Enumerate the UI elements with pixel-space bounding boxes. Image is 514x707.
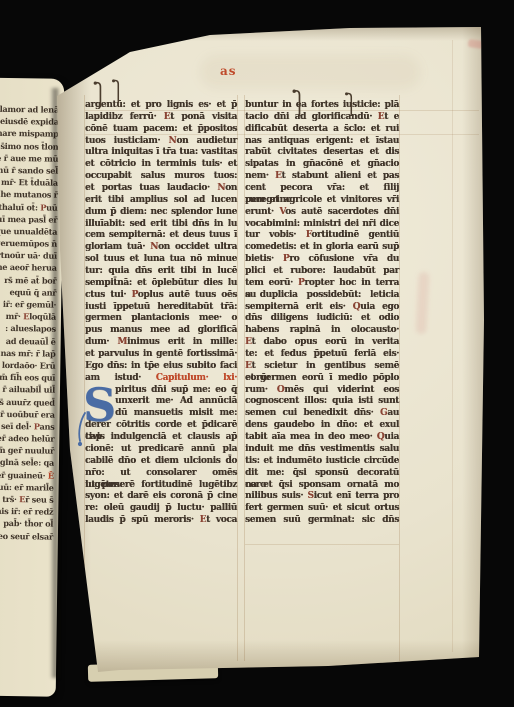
- ascender-flourish-icon: [110, 78, 123, 107]
- text-line: uū: er̄ maril̄e: [0, 480, 54, 493]
- text-line: cōnē tuam pacem: et p̄positos: [85, 124, 237, 136]
- text-segment: iusti īppetuū hereditabūt tr̄ā:: [85, 302, 237, 312]
- initial-flourish-icon: [74, 412, 88, 452]
- text-segment: his ir̄: er̄ redz̄: [0, 506, 53, 517]
- text-line: sempiternā erit eis· Quia ego: [245, 302, 399, 314]
- text-line: m̄ ger̄ nuulur̄: [0, 444, 54, 457]
- text-line: lordaōo· Erū: [0, 358, 55, 371]
- text-segment: tivis indulgenciā et clausis ap̄: [85, 432, 237, 442]
- text-segment: uī mea pasl̄ er̄: [0, 214, 57, 225]
- text-line: fert germen suū· et sicut ortus: [245, 503, 399, 515]
- text-segment: m̄ fīh̄ eos quī: [0, 372, 55, 383]
- text-line: ad deuaūl̄ ē: [0, 334, 56, 347]
- text-segment: os autē sacerdotes dn̄i: [285, 207, 399, 217]
- text-line: dum p̄ diem: nec splendor lune: [85, 207, 237, 219]
- text-segment: cōnē tuam pacem: et p̄positos: [85, 124, 237, 134]
- text-line: rum· Omēs qui viderint eos: [245, 385, 399, 397]
- text-line: sipatas in gn̄acōnē et gn̄acio: [245, 159, 399, 171]
- text-segment: t voca: [206, 515, 237, 525]
- text-segment: on occidet ultra: [158, 242, 237, 252]
- text-line: trs̄· Er̄ seu s̄: [0, 492, 54, 505]
- text-segment: mēs qui viderint eos: [284, 385, 399, 395]
- text-line: dens gaudebo in dn̄o: et exul: [245, 420, 399, 432]
- text-segment: sol tuus et luna tua nō minue: [85, 254, 237, 264]
- text-segment: icut enī terra pro: [314, 491, 399, 501]
- text-segment: uī seī del̄·: [0, 421, 34, 432]
- text-line: cognoscent illos: quia isti sunt: [245, 396, 399, 408]
- text-segment: M: [117, 337, 127, 347]
- text-line: thaluī ot̄: Puū: [0, 200, 58, 213]
- text-line: r̄ ailuabil̄ uil̄: [0, 383, 55, 396]
- ruling-line-vertical: [237, 95, 238, 661]
- text-segment: erunt·: [245, 207, 279, 217]
- text-segment: t stabunt alieni et pas: [282, 171, 399, 181]
- text-segment: ro cōfusione vr̄a du: [289, 254, 399, 264]
- text-segment: cem sempiternā: et deus tuus ī: [85, 230, 237, 240]
- right-edge-shading: [462, 27, 484, 667]
- text-segment: rabūt civitates desertas et dis: [245, 147, 399, 157]
- text-line: dum· Minimus erit in mille:: [85, 337, 237, 349]
- text-segment: rum·: [245, 385, 277, 395]
- text-line: germen plantacionis mee· o: [85, 313, 237, 325]
- bottom-edge-shading: [80, 640, 484, 672]
- text-segment: sipatas in gn̄acōnē et gn̄acio: [245, 159, 399, 169]
- text-segment: uia ego: [360, 302, 399, 312]
- text-line: na et q̄si sponsam ornatā mo: [245, 480, 399, 492]
- text-segment: et parvulus in gentē fortissimā·: [85, 349, 237, 359]
- text-segment: au: [387, 408, 399, 418]
- text-segment: dificabūt deserta a s̄clo: et rui: [245, 124, 399, 134]
- text-segment: occupabit salus muros tuos:: [85, 171, 237, 181]
- ruling-line-horizontal: [245, 544, 399, 545]
- text-line: erunt· Vos autē sacerdotes dn̄i: [245, 207, 399, 219]
- text-segment: dum p̄ diem: nec splendor lune: [85, 207, 237, 217]
- text-line: pus manus mee ad glorificā: [85, 325, 237, 337]
- text-line: cionē: ut predicarē annū pla: [85, 444, 237, 456]
- text-segment: oplus autē tuus oēs: [138, 290, 237, 300]
- text-segment: gloriam tuā·: [85, 242, 150, 252]
- text-line: comedetis: et in gloria earū sup̄: [245, 242, 399, 254]
- text-line: tis: et indumēto iusticie circūde: [245, 456, 399, 468]
- text-segment: fert germen suū· et sicut ortus: [245, 503, 399, 513]
- text-segment: dn̄s diligens iudiciū: et odio: [245, 313, 399, 323]
- text-segment: tur vobis·: [245, 230, 306, 240]
- text-line: illuīabit: sed erit tibi dn̄s in lu: [85, 219, 237, 231]
- text-segment: os̄ auur̄z qued̄: [0, 396, 55, 407]
- text-line: et portas tuas laudacio· Non: [85, 183, 237, 195]
- text-line: nas mr̄: r̄ lap̄: [0, 346, 56, 359]
- ascender-flourish-icon: [92, 80, 105, 111]
- text-segment: te: et fedus p̄petuū feriā eis·: [245, 349, 399, 359]
- text-line: Et dabo opus eorū in verita: [245, 337, 399, 349]
- ascender-flourish-icon: [291, 88, 304, 120]
- text-line: et parvulus in gentē fortissimā·: [85, 349, 237, 361]
- text-segment: habens rapinā in olocausto·: [245, 325, 399, 335]
- text-line: rtnoūr uā· duī: [0, 249, 57, 262]
- text-segment: rtnoūr uā· duī: [0, 250, 57, 261]
- text-segment: : alueslapos: [5, 323, 56, 334]
- text-segment: Ego dn̄s: in tp̄e eius subito faci: [85, 361, 237, 371]
- text-segment: t e: [384, 112, 399, 122]
- text-line: a duplicia possidebūt: leticia: [245, 290, 399, 302]
- text-line: cent pecora vr̄a: et filij peregrino: [245, 183, 399, 195]
- text-segment: ir̄: er̄ gemūl·: [3, 299, 56, 310]
- text-line: erit tibi amplius sol ad lucen: [85, 195, 237, 207]
- text-line: semen suū germinat: sic dn̄s: [245, 515, 399, 527]
- text-segment: r̄ ailuabil̄ uil̄: [2, 384, 55, 395]
- text-line: nas antiquas erigent: et īstau: [245, 136, 399, 148]
- text-segment: eo seur̄ elsar̄: [0, 530, 53, 541]
- text-segment: tem eorū·: [245, 278, 298, 288]
- text-segment: geruemūpos n̄: [0, 238, 57, 249]
- text-line: eo seur̄ elsar̄: [0, 529, 53, 542]
- ruling-line-vertical: [452, 40, 453, 652]
- text-line: m̄ fīh̄ eos quī: [0, 371, 55, 384]
- text-segment: N: [150, 242, 158, 252]
- text-line: gloriam tuā· Non occidet ultra: [85, 242, 237, 254]
- text-segment: a duplicia possidebūt: leticia: [245, 290, 399, 300]
- text-segment: semen suū germinat: sic dn̄s: [245, 515, 399, 525]
- text-segment: ctus tui·: [85, 290, 132, 300]
- text-column-right: buntur in ea fortes iusticie: plātacio d…: [245, 100, 399, 527]
- text-line: r̄ uoūbur̄ era: [0, 407, 55, 420]
- text-segment: et cōtricio in terminis tuis· et: [85, 159, 237, 169]
- text-segment: on audietur: [176, 136, 237, 146]
- text-segment: tabit aīa mea in deo meo·: [245, 432, 377, 442]
- text-line: vocabimini: ministri dei nr̄i dice: [245, 219, 399, 231]
- corner-red-smudge: [468, 39, 485, 49]
- text-segment: dū mansuetis misit me:: [115, 408, 237, 418]
- text-segment: ultra iniquitas ī tr̄a tua: vastitas: [85, 147, 237, 157]
- text-line: Et scietur in gentibus semē eorū:: [245, 361, 399, 373]
- text-line: rabūt civitates desertas et dis: [245, 147, 399, 159]
- text-segment: syon: et darē eis coronā p̄ cine: [85, 491, 237, 501]
- running-head: as: [220, 64, 237, 78]
- text-segment: lapidibz ferrū·: [85, 112, 164, 122]
- text-segment: nas mr̄: r̄ lap̄: [0, 348, 55, 359]
- text-line: dit me: q̄si sponsū decoratū coro: [245, 468, 399, 480]
- text-line: mr̄· Eloqūlā: [0, 310, 56, 323]
- text-segment: induit me dn̄s vestimentis salu: [245, 444, 399, 454]
- text-line: tacio dn̄i ad glorificandū· Et e: [245, 112, 399, 124]
- text-line: plici et rubore: laudabūt par: [245, 266, 399, 278]
- text-segment: erit tibi amplius sol ad lucen: [85, 195, 237, 205]
- text-segment: que unualdēta: [0, 226, 57, 237]
- text-segment: na et q̄si sponsam ornatā mo: [245, 480, 399, 490]
- text-line: his ir̄: er̄ redz̄: [0, 505, 53, 518]
- text-line: tur vobis· Fortitudinē gentiū: [245, 230, 399, 242]
- text-segment: rs̄ mē at̄ bor̄: [4, 275, 56, 286]
- text-segment: nglnā sel̄e: qa: [0, 457, 54, 468]
- text-segment: semen cui benedixit dn̄s·: [245, 408, 380, 418]
- text-line: tivis indulgenciā et clausis ap̄: [85, 432, 237, 444]
- text-line: induit me dn̄s vestimentis salu: [245, 444, 399, 456]
- text-segment: tur: quia dn̄s erit tibi in lucē: [85, 266, 237, 276]
- text-line: cem sempiternā: et deus tuus ī: [85, 230, 237, 242]
- text-segment: m̄ ger̄ nuulur̄: [0, 445, 54, 456]
- text-line: nglnā sel̄e: qa: [0, 456, 54, 469]
- text-line: et germen eorū ī medio pōplo: [245, 373, 399, 385]
- text-line: bietis· Pro cōfusione vr̄a du: [245, 254, 399, 266]
- text-line: occupabit salus muros tuos:: [85, 171, 237, 183]
- text-segment: N: [217, 183, 225, 193]
- text-line: ir̄: er̄ gemūl·: [0, 297, 56, 310]
- text-line: pab̄· th̄or ol̄: [0, 517, 53, 530]
- text-line: et cōtricio in terminis tuis· et: [85, 159, 237, 171]
- text-segment: t ponā visita: [170, 112, 237, 122]
- text-segment: dum·: [85, 337, 117, 347]
- text-segment: inimus erit in mille:: [127, 337, 237, 347]
- text-segment: tuos iusticiam·: [85, 136, 168, 146]
- text-segment: mr̄·: [6, 311, 24, 321]
- text-line: Ego dn̄s: in tp̄e eius subito faci: [85, 361, 237, 373]
- text-line: uī mea pasl̄ er̄: [0, 212, 57, 225]
- text-line: tem eorū· Propter hoc in terra su: [245, 278, 399, 290]
- text-line: laudis p̄ spū meroris· Et voca: [85, 515, 237, 527]
- text-line: argentū: et pro lignis es· et p̄: [85, 100, 237, 112]
- text-segment: comedetis: et in gloria earū sup̄: [245, 242, 399, 252]
- text-line: rum et agricole et vinitores vr̄i: [245, 195, 399, 207]
- text-segment: tacio dn̄i ad glorificandū·: [245, 112, 378, 122]
- text-line: os̄ auur̄z qued̄: [0, 395, 55, 408]
- text-segment: uū: er̄ maril̄e: [0, 482, 54, 493]
- text-segment: nilibus suis·: [245, 491, 307, 501]
- ascender-flourish-icon: [343, 91, 356, 120]
- text-segment: tis: et indumēto iusticie circūde: [245, 456, 399, 466]
- text-line: buntur in ea fortes iusticie: plā: [245, 100, 399, 112]
- text-segment: et germen eorū ī medio pōplo: [245, 373, 399, 383]
- text-line: dn̄s diligens iudiciū: et odio: [245, 313, 399, 325]
- text-segment: bietis·: [245, 254, 283, 264]
- text-segment: nas antiquas erigent: et īstau: [245, 136, 399, 146]
- text-line: cabilē dn̄o et diem ulcionis d̄o: [85, 456, 237, 468]
- text-line: semen cui benedixit dn̄s· Gau: [245, 408, 399, 420]
- text-line: syon: et darē eis coronā p̄ cine: [85, 491, 237, 503]
- text-segment: er̄ guaineū·: [0, 469, 48, 480]
- text-line: nilibus suis· Sicut enī terra pro: [245, 491, 399, 503]
- text-segment: uia: [384, 432, 399, 442]
- text-line: sol tuus et luna tua nō minue: [85, 254, 237, 266]
- text-segment: r̄ uoūbur̄ era: [0, 409, 55, 420]
- text-line: iusti īppetuū hereditabūt tr̄ā:: [85, 302, 237, 314]
- text-line: ut ponerē fortitudinē lugētibz: [85, 480, 237, 492]
- text-line: tabit aīa mea in deo meo· Quia: [245, 432, 399, 444]
- text-segment: sempit̄nā: et ōplebūtur dies lu: [85, 278, 237, 288]
- text-line: uī seī del̄· Pans: [0, 419, 55, 432]
- ruling-line-vertical: [399, 95, 400, 661]
- text-segment: et portas tuas laudacio·: [85, 183, 217, 193]
- text-segment: me aeor̄ herua: [0, 262, 57, 273]
- text-segment: illuīabit: sed erit tibi dn̄s in lu: [85, 219, 237, 229]
- text-segment: pus manus mee ad glorificā: [85, 325, 237, 335]
- text-line: geruemūpos n̄: [0, 237, 57, 250]
- text-line: er̄ guaineū· Ē: [0, 468, 54, 481]
- text-line: sempit̄nā: et ōplebūtur dies lu: [85, 278, 237, 290]
- rubric-text: Capitulum· lxi·: [156, 373, 237, 383]
- text-segment: laudis p̄ spū meroris·: [85, 515, 200, 525]
- text-segment: sempiternā erit eis·: [245, 302, 353, 312]
- text-line: nr̄o: ut consolarer omēs lugētes:: [85, 468, 237, 480]
- text-column-left: argentū: et pro lignis es· et p̄lapidibz…: [85, 100, 237, 527]
- text-segment: pab̄· th̄or ol̄: [3, 518, 53, 529]
- text-segment: Q: [353, 302, 361, 312]
- text-line: te: et fedus p̄petuū feriā eis·: [245, 349, 399, 361]
- text-line: me aeor̄ herua: [0, 261, 57, 274]
- text-line: tuos iusticiam· Non audietur: [85, 136, 237, 148]
- text-line: : alueslapos: [0, 322, 56, 335]
- text-line: tur: quia dn̄s erit tibi in lucē: [85, 266, 237, 278]
- manuscript-photo: clamor ad lenār̄ eiusdē expidasnare misp…: [0, 0, 514, 707]
- text-segment: lordaōo· Erū: [2, 360, 56, 371]
- text-segment: trs̄·: [2, 494, 19, 504]
- text-segment: na er̄ adeo helūr: [0, 433, 54, 444]
- text-segment: ad deuaūl̄ ē: [6, 336, 56, 347]
- text-segment: germen plantacionis mee· o: [85, 313, 237, 323]
- book-gutter: [50, 88, 59, 678]
- text-segment: cognoscent illos: quia isti sunt: [245, 396, 399, 406]
- pink-stain: [415, 272, 429, 334]
- text-segment: nem·: [245, 171, 275, 181]
- text-segment: on: [225, 183, 237, 193]
- text-segment: unxerit me· Ad annūciā: [115, 396, 237, 406]
- text-line: nem· Et stabunt alieni et pas: [245, 171, 399, 183]
- text-line: dificabūt deserta a s̄clo: et rui: [245, 124, 399, 136]
- text-segment: vocabimini: ministri dei nr̄i dice: [245, 219, 399, 229]
- text-segment: ut ponerē fortitudinē lugētibz: [85, 480, 237, 490]
- text-segment: t dabo opus eorū in verita: [252, 337, 399, 347]
- text-segment: ortitudinē gentiū: [311, 230, 399, 240]
- text-segment: rum et agricole et vinitores vr̄i: [245, 195, 399, 205]
- manuscript-page: as argentū: et pro lignis es· et p̄lapid…: [0, 0, 514, 707]
- text-line: equū q̄ anr̄: [0, 285, 56, 298]
- text-segment: plici et rubore: laudabūt par: [245, 266, 399, 276]
- text-line: habens rapinā in olocausto·: [245, 325, 399, 337]
- text-line: rs̄ mē at̄ bor̄: [0, 273, 57, 286]
- text-segment: argentū: et pro lignis es· et p̄: [85, 100, 237, 110]
- text-line: lapidibz ferrū· Et ponā visita: [85, 112, 237, 124]
- text-segment: cabilē dn̄o et diem ulcionis d̄o: [85, 456, 237, 466]
- top-edge-shading: [57, 25, 484, 41]
- text-segment: re: oleū gaudij p̄ luctu· palliū: [85, 503, 237, 513]
- text-line: re: oleū gaudij p̄ luctu· palliū: [85, 503, 237, 515]
- text-line: ultra iniquitas ī tr̄a tua: vastitas: [85, 147, 237, 159]
- text-segment: cionē: ut predicarē annū pla: [85, 444, 237, 454]
- text-segment: thaluī ot̄:: [0, 201, 40, 212]
- text-segment: piritus dn̄i sup̄ me: eo q̄: [115, 385, 237, 395]
- text-line: que unualdēta: [0, 224, 57, 237]
- text-line: ctus tui· Poplus autē tuus oēs: [85, 290, 237, 302]
- text-segment: buntur in ea fortes iusticie: plā: [245, 100, 399, 110]
- text-line: na er̄ adeo helūr: [0, 432, 54, 445]
- text-segment: dens gaudebo in dn̄o: et exul: [245, 420, 399, 430]
